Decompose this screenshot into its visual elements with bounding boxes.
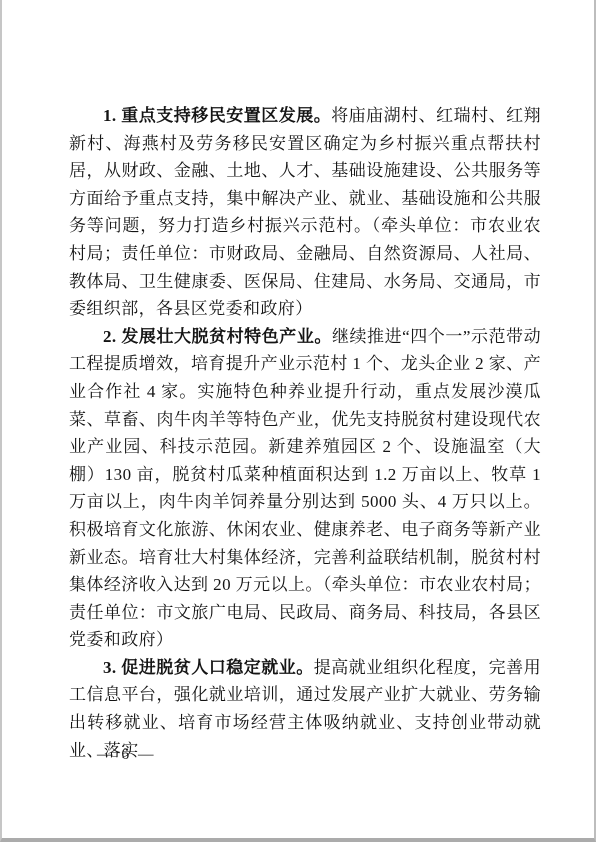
paragraph-2: 2. 发展壮大脱贫村特色产业。继续推进“四个一”示范带动工程提质增效，培育提升产… (69, 323, 541, 654)
paragraph-2-text: 继续推进“四个一”示范带动工程提质增效，培育提升产业示范村 1 个、龙头企业 2… (69, 327, 541, 650)
paragraph-1-heading: 1. 重点支持移民安置区发展。 (103, 106, 331, 125)
paragraph-1: 1. 重点支持移民安置区发展。将庙庙湖村、红瑞村、红翔新村、海燕村及劳务移民安置… (69, 102, 541, 323)
paragraph-1-text: 将庙庙湖村、红瑞村、红翔新村、海燕村及劳务移民安置区确定为乡村振兴重点帮扶村居，… (69, 106, 541, 318)
document-page: 1. 重点支持移民安置区发展。将庙庙湖村、红瑞村、红翔新村、海燕村及劳务移民安置… (0, 0, 596, 842)
document-body: 1. 重点支持移民安置区发展。将庙庙湖村、红瑞村、红翔新村、海燕村及劳务移民安置… (69, 102, 541, 764)
page-number: — 6 — (97, 746, 156, 764)
paragraph-2-heading: 2. 发展壮大脱贫村特色产业。 (103, 327, 332, 346)
paragraph-3-heading: 3. 促进脱贫人口稳定就业。 (103, 658, 314, 677)
